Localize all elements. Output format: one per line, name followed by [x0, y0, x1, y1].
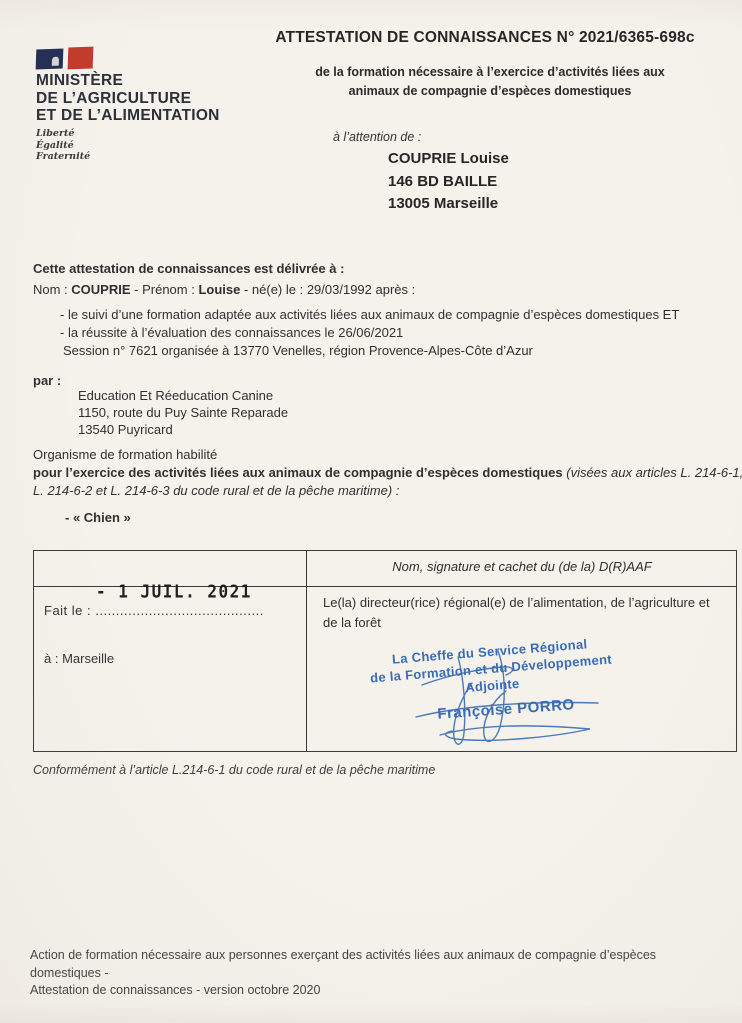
- prenom-value: Louise: [198, 282, 240, 297]
- footer-line: Action de formation nécessaire aux perso…: [30, 947, 720, 982]
- habilitation-line3: L. 214-6-2 et L. 214-6-3 du code rural e…: [33, 483, 399, 498]
- ministry-line: ET DE L’ALIMENTATION: [36, 107, 220, 125]
- signer-name: Françoise PORRO: [416, 695, 597, 725]
- recipient-address-line: 13005 Marseille: [388, 193, 509, 216]
- ministry-line: DE L’AGRICULTURE: [36, 90, 220, 108]
- footer-line: Attestation de connaissances - version o…: [30, 982, 720, 1000]
- nom-value: COUPRIE: [71, 282, 130, 297]
- ministry-line: MINISTÈRE: [36, 72, 220, 90]
- ministry-name: MINISTÈRE DE L’AGRICULTURE ET DE L’ALIME…: [36, 72, 220, 125]
- signature-table: Nom, signature et cachet du (de la) D(R)…: [33, 550, 737, 752]
- recipient-address-line: 146 BD BAILLE: [388, 171, 509, 194]
- table-column-divider: [306, 551, 307, 751]
- flag-blue-block: [36, 49, 64, 70]
- recipient-name: COUPRIE Louise: [388, 148, 509, 171]
- place-line: à : Marseille: [44, 651, 114, 666]
- document-subtitle: de la formation nécessaire à l’exercice …: [270, 63, 710, 101]
- birthdate-text: - né(e) le : 29/03/1992 après :: [240, 282, 415, 297]
- provider-address-line: 1150, route du Puy Sainte Reparade: [78, 405, 288, 420]
- identity-line: Nom : COUPRIE - Prénom : Louise - né(e) …: [33, 282, 415, 297]
- scanned-attestation-document: MINISTÈRE DE L’AGRICULTURE ET DE L’ALIME…: [0, 0, 742, 1023]
- motto-line: Égalité: [36, 140, 90, 152]
- table-header-right: Nom, signature et cachet du (de la) D(R)…: [307, 559, 737, 574]
- flag-red-block: [68, 47, 94, 70]
- motto-line: Fraternité: [36, 151, 90, 163]
- france-flag-logo: [36, 46, 96, 72]
- subtitle-line: de la formation nécessaire à l’exercice …: [270, 63, 710, 82]
- habilitation-articles: (visées aux articles L. 214-6-1,: [566, 465, 742, 480]
- prenom-label: - Prénom :: [131, 282, 199, 297]
- habilitation-line1: Organisme de formation habilité: [33, 447, 217, 462]
- habilitation-line2: pour l’exercice des activités liées aux …: [33, 465, 742, 480]
- motto-line: Liberté: [36, 128, 90, 140]
- species-item: - « Chien »: [65, 510, 131, 525]
- provider-address-line: 13540 Puyricard: [78, 422, 173, 437]
- official-stamp-text: La Cheffe du Service Régional de la Form…: [364, 633, 617, 703]
- nom-label: Nom :: [33, 282, 71, 297]
- director-title-text: Le(la) directeur(rice) régional(e) de l’…: [323, 593, 727, 632]
- attention-label: à l’attention de :: [333, 130, 421, 144]
- subtitle-line: animaux de compagnie d’espèces domestiqu…: [270, 82, 710, 101]
- fait-le-line: Fait le : ..............................…: [44, 603, 264, 618]
- delivery-intro: Cette attestation de connaissances est d…: [33, 261, 344, 276]
- footer-note: Action de formation nécessaire aux perso…: [30, 947, 720, 1000]
- provider-label: par :: [33, 373, 61, 388]
- legal-note: Conformément à l’article L.214-6-1 du co…: [33, 763, 435, 777]
- republic-motto: Liberté Égalité Fraternité: [36, 128, 90, 163]
- date-stamp: - 1 JUIL. 2021: [96, 581, 252, 602]
- habilitation-bold: pour l’exercice des activités liées aux …: [33, 465, 566, 480]
- delivery-bullet: - la réussite à l’évaluation des connais…: [60, 325, 403, 340]
- recipient-address-block: COUPRIE Louise 146 BD BAILLE 13005 Marse…: [388, 148, 509, 216]
- provider-name: Education Et Réeducation Canine: [78, 388, 273, 403]
- document-title: ATTESTATION DE CONNAISSANCES N° 2021/636…: [245, 29, 725, 47]
- session-info: Session n° 7621 organisée à 13770 Venell…: [63, 343, 533, 358]
- delivery-bullet: - le suivi d’une formation adaptée aux a…: [60, 307, 679, 322]
